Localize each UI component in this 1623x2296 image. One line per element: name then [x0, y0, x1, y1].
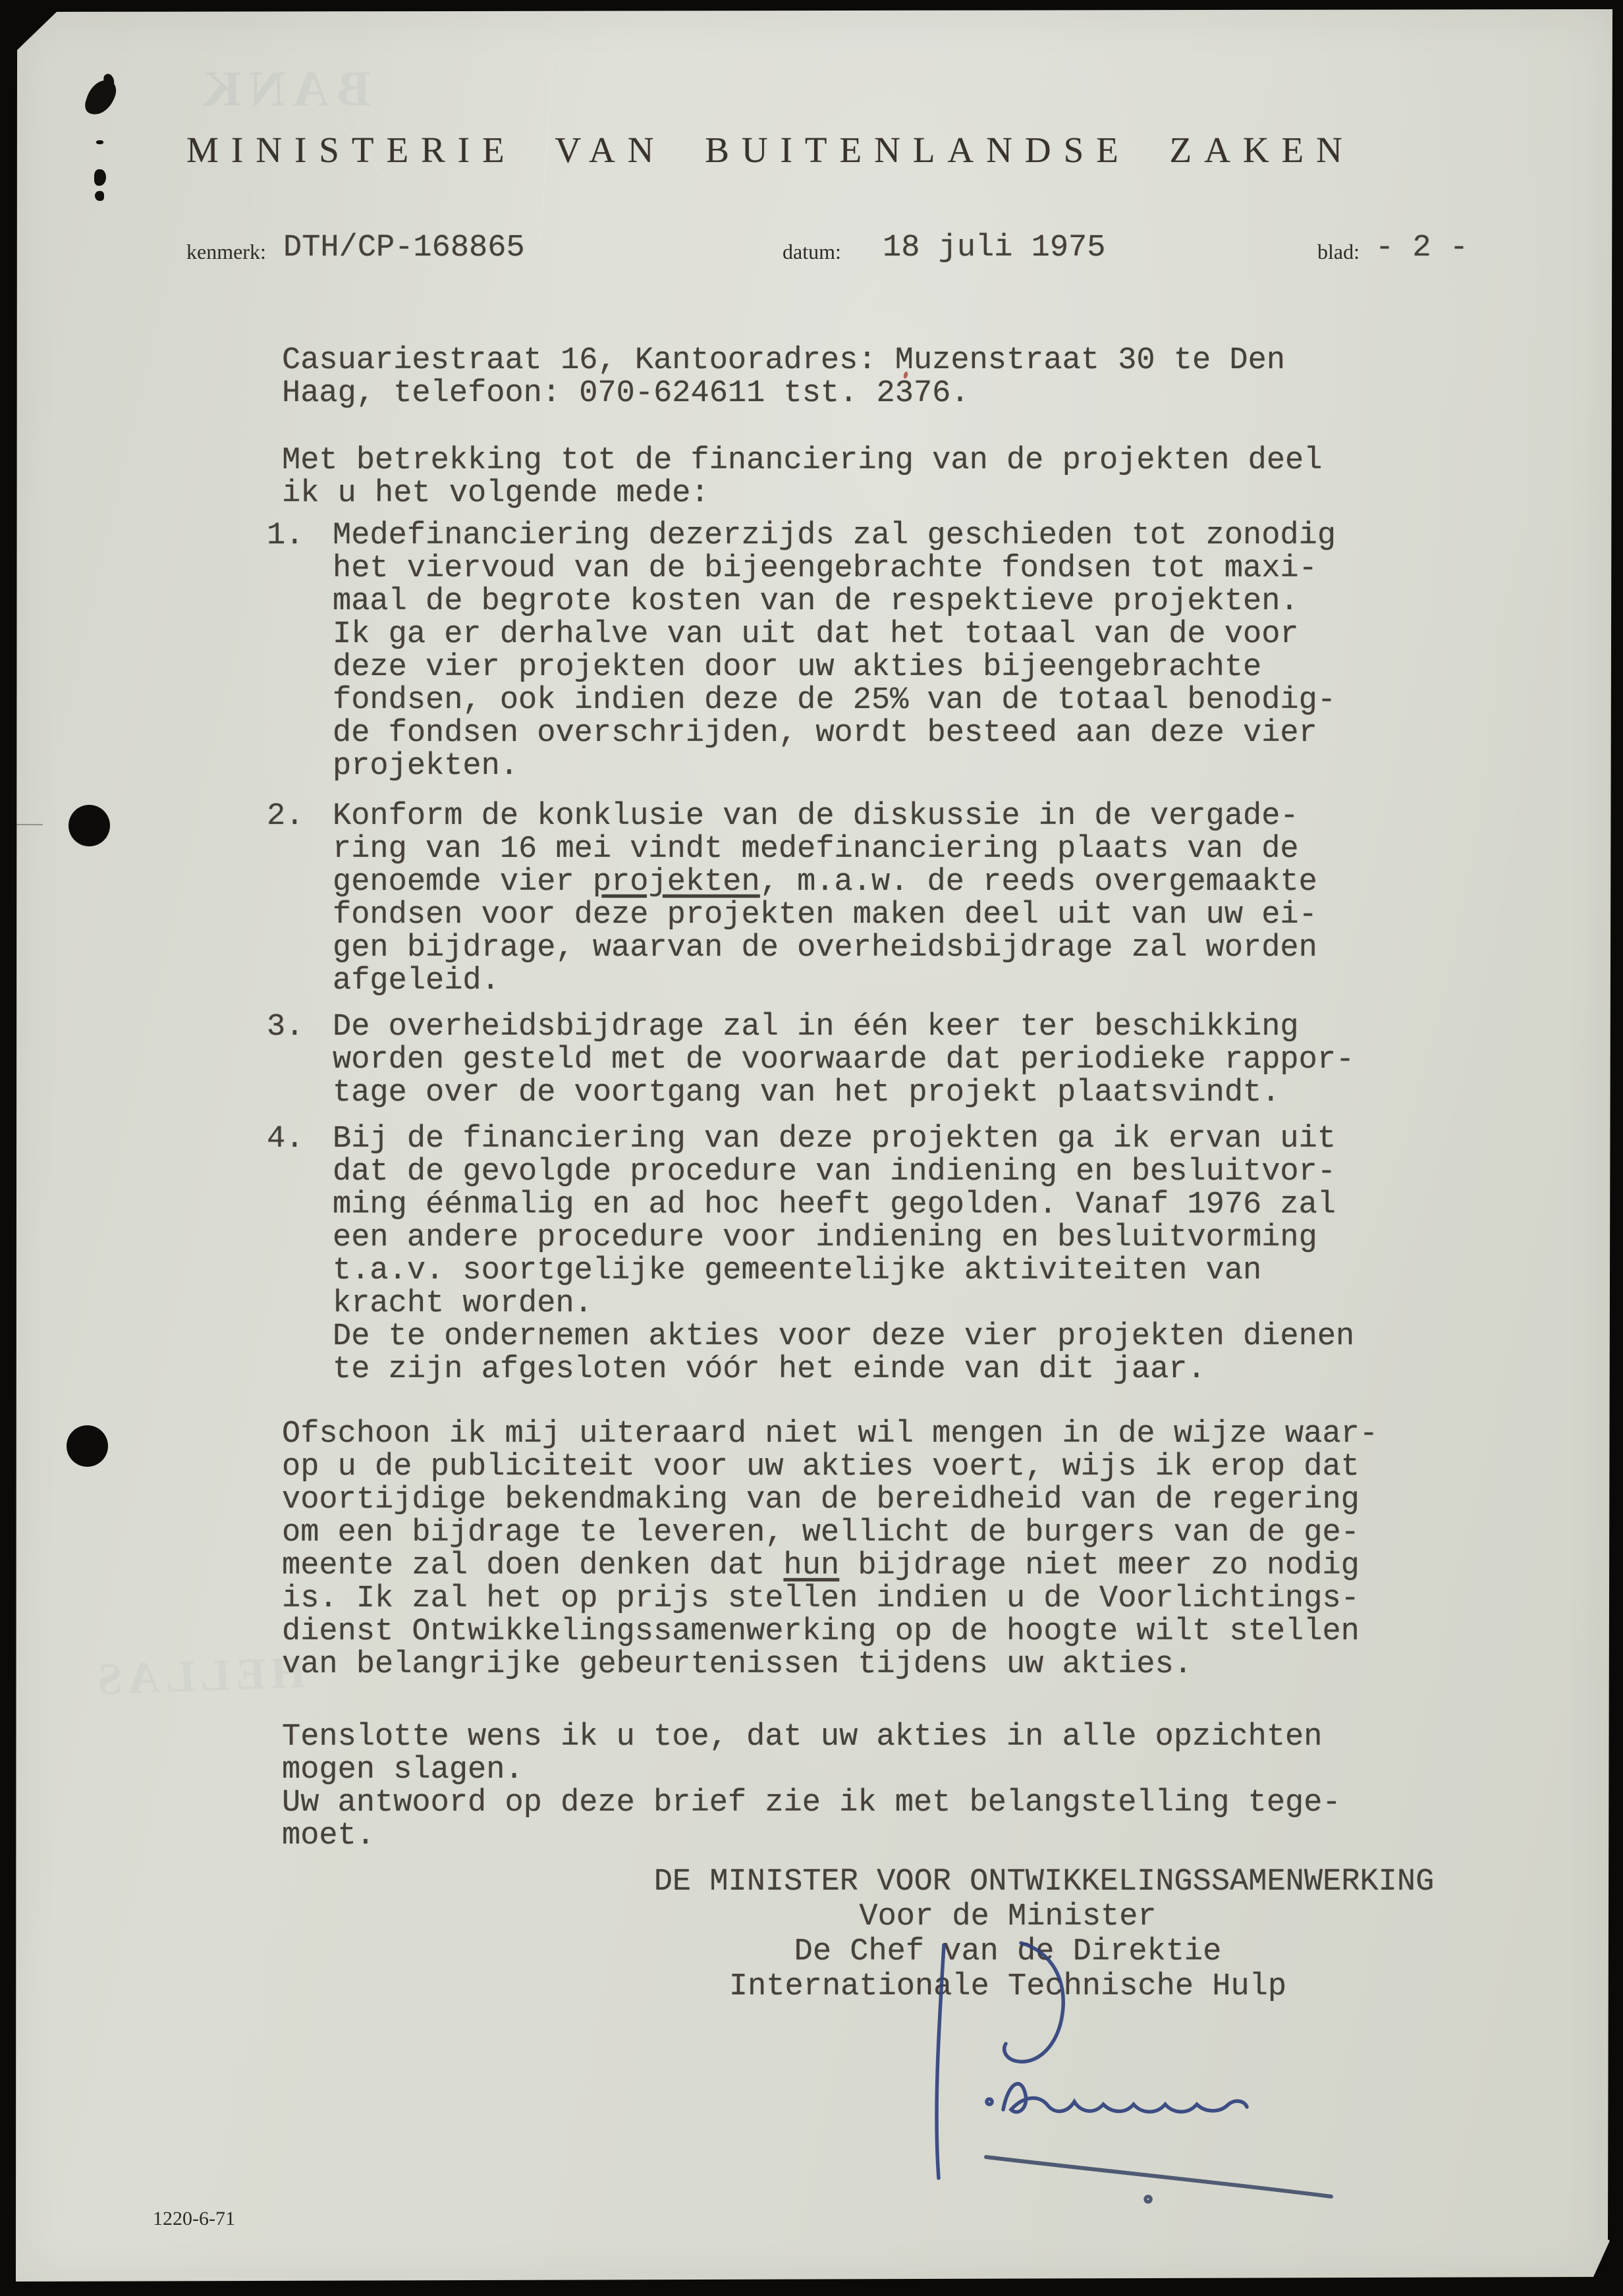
closing-paragraph-2: Tenslotte wens ik u toe, dat uw akties i… [282, 1721, 1341, 1853]
text-line: gen bijdrage, waarvan de overheidsbijdra… [333, 932, 1317, 965]
text-segment: bijdrage niet meer zo nodig [839, 1548, 1360, 1583]
text-lines: Konform de konklusie van de diskussie in… [333, 800, 1317, 866]
text-line: Met betrekking tot de financiering van d… [282, 445, 1322, 478]
text-line: fondsen voor deze projekten maken deel u… [333, 899, 1317, 932]
text-line: tage over de voortgang van het projekt p… [333, 1077, 1354, 1110]
underlined-word: projekten [593, 865, 760, 900]
form-code: 1220-6-71 [153, 2208, 235, 2230]
item-text: De overheidsbijdrage zal in één keer ter… [333, 1011, 1354, 1110]
text-line: Uw antwoord op deze brief zie ik met bel… [282, 1787, 1341, 1820]
item-number: 3. [267, 1011, 304, 1044]
text-line: Haag, telefoon: 070-624611 tst. 2376. [282, 377, 1285, 410]
closing-paragraph-1: Ofschoon ik mij uiteraard niet wil menge… [282, 1418, 1378, 1681]
show-through-hellas: HELLAS [92, 1646, 306, 1705]
ministry-header: MINISTERIE VAN BUITENLANDSE ZAKEN [186, 132, 1355, 169]
item-text: Konform de konklusie van de diskussie in… [333, 800, 1317, 998]
blad-label: blad: [1317, 240, 1360, 264]
kenmerk-label: kenmerk: [186, 240, 266, 264]
text-line: ming éénmalig en ad hoc heeft gegolden. … [333, 1189, 1354, 1222]
text-line: het viervoud van de bijeengebrachte fond… [333, 553, 1336, 586]
text-line: deze vier projekten door uw akties bijee… [333, 651, 1336, 684]
text-line: de fondsen overschrijden, wordt besteed … [333, 717, 1336, 750]
text-line: voortijdige bekendmaking van de bereidhe… [282, 1484, 1378, 1517]
text-segment: meente zal doen denken dat [282, 1548, 784, 1583]
text-line: een andere procedure voor indiening en b… [333, 1222, 1354, 1255]
text-line: ik u het volgende mede: [282, 478, 1322, 510]
letter-page: BANK HELLAS MINISTERIE VAN BUITENLANDSE … [0, 0, 1623, 2296]
text-line: op u de publiciteit voor uw akties voert… [282, 1451, 1378, 1484]
text-line: maal de begrote kosten van de respektiev… [333, 586, 1336, 618]
paper-damage-mark [94, 169, 106, 186]
text-lines: Ofschoon ik mij uiteraard niet wil menge… [282, 1418, 1378, 1550]
intro-paragraph: Met betrekking tot de financiering van d… [282, 445, 1322, 510]
kenmerk-value: DTH/CP-168865 [283, 232, 525, 265]
text-line: Ofschoon ik mij uiteraard niet wil menge… [282, 1418, 1378, 1451]
text-line: De te ondernemen akties voor deze vier p… [333, 1321, 1354, 1353]
text-line: Ik ga er derhalve van uit dat het totaal… [333, 618, 1336, 651]
text-lines: is. Ik zal het op prijs stellen indien u… [282, 1583, 1378, 1681]
datum-label: datum: [783, 240, 841, 264]
numbered-item-3: 3.De overheidsbijdrage zal in één keer t… [267, 1011, 1354, 1110]
underlined-word: hun [784, 1548, 840, 1583]
text-line: is. Ik zal het op prijs stellen indien u… [282, 1583, 1378, 1616]
text-line: te zijn afgesloten vóór het einde van di… [333, 1353, 1354, 1386]
text-line: dat de gevolgde procedure van indiening … [333, 1156, 1354, 1189]
text-line: afgeleid. [333, 965, 1317, 998]
address-paragraph: Casuariestraat 16, Kantooradres: Muzenst… [282, 344, 1285, 410]
paper-damage-mark [95, 191, 104, 201]
text-line: Medefinanciering dezerzijds zal geschied… [333, 520, 1336, 553]
text-line: van belangrijke gebeurtenissen tijdens u… [282, 1649, 1378, 1681]
signature-role-line: Voor de Minister [566, 1900, 1449, 1934]
text-line: worden gesteld met de voorwaarde dat per… [333, 1044, 1354, 1077]
paper-damage-mark [96, 140, 103, 144]
text-line: Bij de financiering van deze projekten g… [333, 1123, 1354, 1156]
text-line: om een bijdrage te leveren, wellicht de … [282, 1517, 1378, 1550]
numbered-item-4: 4.Bij de financiering van deze projekten… [267, 1123, 1354, 1386]
text-line: projekten. [333, 750, 1336, 783]
text-segment: , m.a.w. de reeds overgemaakte [760, 865, 1317, 900]
text-line: mogen slagen. [282, 1754, 1341, 1787]
text-line: Casuariestraat 16, Kantooradres: Muzenst… [282, 344, 1285, 377]
text-line: fondsen, ook indien deze de 25% van de t… [333, 684, 1336, 717]
text-line: moet. [282, 1820, 1341, 1853]
text-line: ring van 16 mei vindt medefinanciering p… [333, 833, 1317, 866]
text-line: meente zal doen denken dat hun bijdrage … [282, 1550, 1378, 1583]
show-through-bank: BANK [194, 61, 371, 118]
text-line: t.a.v. soortgelijke gemeentelijke aktivi… [333, 1255, 1354, 1288]
minister-title-line: DE MINISTER VOOR ONTWIKKELINGSSAMENWERKI… [603, 1865, 1485, 1900]
text-line: De overheidsbijdrage zal in één keer ter… [333, 1011, 1354, 1044]
text-lines: fondsen voor deze projekten maken deel u… [333, 899, 1317, 998]
datum-value: 18 juli 1975 [883, 232, 1105, 265]
item-number: 2. [267, 800, 304, 833]
text-line: kracht worden. [333, 1288, 1354, 1321]
text-segment: genoemde vier [333, 865, 593, 900]
numbered-item-1: 1.Medefinanciering dezerzijds zal geschi… [267, 520, 1336, 783]
scan-line-artifact [15, 824, 43, 825]
text-line: dienst Ontwikkelingssamenwerking op de h… [282, 1616, 1378, 1649]
item-text: Bij de financiering van deze projekten g… [333, 1123, 1354, 1386]
signature-ink [886, 1940, 1387, 2223]
item-number: 4. [267, 1123, 304, 1156]
numbered-item-2: 2.Konform de konklusie van de diskussie … [267, 800, 1317, 998]
text-line: genoemde vier projekten, m.a.w. de reeds… [333, 866, 1317, 899]
punch-hole-top [69, 805, 110, 846]
item-text: Medefinanciering dezerzijds zal geschied… [333, 520, 1336, 783]
text-line: Konform de konklusie van de diskussie in… [333, 800, 1317, 833]
blad-value: - 2 - [1375, 232, 1468, 265]
text-line: Tenslotte wens ik u toe, dat uw akties i… [282, 1721, 1341, 1754]
punch-hole-bottom [67, 1425, 108, 1467]
item-number: 1. [267, 520, 304, 553]
